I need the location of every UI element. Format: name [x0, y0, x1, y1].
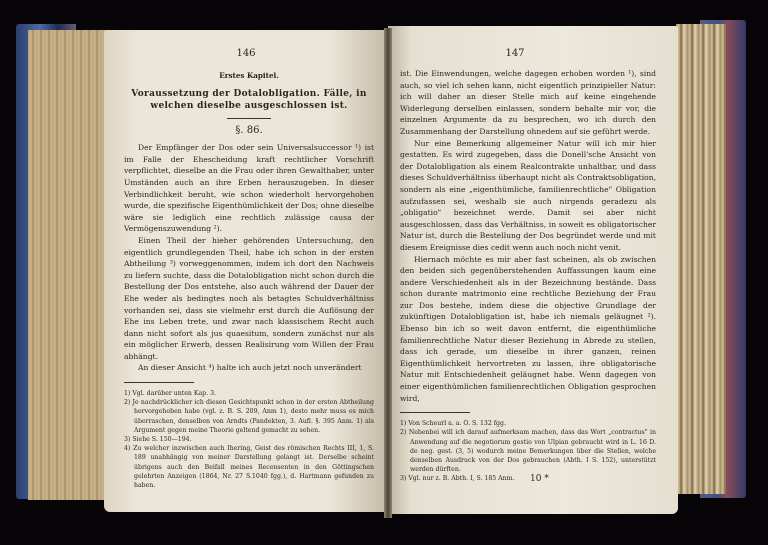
footnote-divider — [400, 412, 470, 413]
paragraph: An dieser Ansicht ⁴) halte ich auch jetz… — [124, 362, 374, 374]
right-page: 147 ist. Die Einwendungen, welche dagege… — [388, 26, 678, 514]
footnote: 2) Je nachdrücklicher ich diesen Gesicht… — [124, 398, 374, 435]
left-page-body: Erstes Kapitel. Voraussetzung der Dotalo… — [124, 70, 374, 490]
footnote: 4) Zu welcher inzwischen auch Ihering, G… — [124, 444, 374, 490]
page-edges-left — [28, 30, 108, 500]
footnotes: 1) Von Scheurl a. a. O. S. 132 fgg. 2) N… — [400, 419, 656, 483]
page-number: 147 — [370, 48, 660, 59]
page-edges-right — [676, 24, 726, 494]
footnote-divider — [124, 382, 194, 383]
section-number: §. 86. — [124, 125, 374, 137]
page-number: 146 — [104, 48, 388, 59]
left-page: 146 Erstes Kapitel. Voraussetzung der Do… — [104, 30, 388, 512]
footnotes: 1) Vgl. darüber unten Kap. 3. 2) Je nach… — [124, 389, 374, 490]
divider — [227, 118, 271, 119]
footnote: 3) Siehe S. 150—194. — [124, 435, 374, 444]
footnote: 1) Vgl. darüber unten Kap. 3. — [124, 389, 374, 398]
paragraph: Der Empfänger der Dos oder sein Universa… — [124, 142, 374, 235]
paragraph: Nur eine Bemerkung allgemeiner Natur wil… — [400, 138, 656, 254]
printer-signature: 10 * — [530, 474, 549, 484]
book-gutter — [384, 28, 392, 518]
paragraph: Hiernach möchte es mir aber fast scheine… — [400, 254, 656, 405]
footnote: 2) Nebenbei will ich darauf aufmerksam m… — [400, 428, 656, 474]
paragraph: ist. Die Einwendungen, welche dagegen er… — [400, 68, 656, 138]
footnote: 3) Vgl. nur z. B. Abth. I, S. 185 Anm. — [400, 474, 656, 483]
chapter-title: Erstes Kapitel. — [124, 70, 374, 82]
right-page-body: ist. Die Einwendungen, welche dagegen er… — [400, 68, 656, 484]
section-heading: Voraussetzung der Dotalobligation. Fälle… — [124, 88, 374, 112]
paragraph: Einen Theil der hieher gehörenden Unters… — [124, 235, 374, 363]
footnote: 1) Von Scheurl a. a. O. S. 132 fgg. — [400, 419, 656, 428]
